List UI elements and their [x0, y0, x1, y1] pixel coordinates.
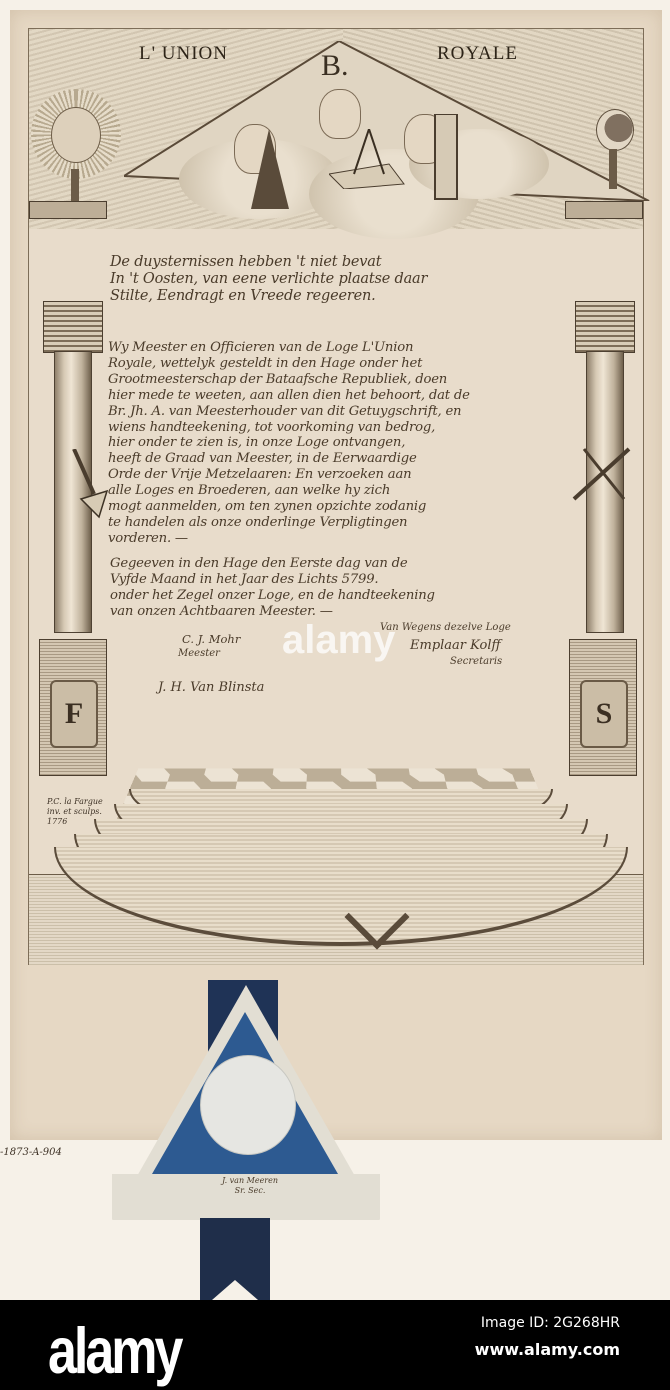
right-column-entablature — [565, 201, 643, 219]
pillar-letter-right: S — [580, 680, 628, 748]
trowel-icon — [69, 449, 109, 519]
signature-lodge-header: Van Wegens dezelve Loge — [380, 622, 511, 633]
left-column-entablature — [29, 201, 107, 219]
signature-master: C. J. Mohr — [182, 632, 240, 646]
signature-master-title: Meester — [178, 648, 220, 659]
pillar-letter-left: F — [50, 680, 98, 748]
ribbon-notch — [212, 1280, 258, 1300]
signature-secretary: Emplaar Kolff — [410, 638, 501, 653]
engraver-credit: P.C. la Fargue inv. et sculps. 1776 — [47, 797, 103, 827]
wax-seal-icon — [200, 1055, 296, 1155]
footer-logo: alamy — [48, 1314, 180, 1389]
signature-member: J. H. Van Blinsta — [158, 680, 264, 695]
body-text: Wy Meester en Officieren van de Loge L'U… — [108, 340, 588, 547]
moon-stand — [609, 149, 617, 189]
plumb-rule-icon — [429, 114, 465, 204]
watermark: alamy — [282, 618, 395, 663]
left-column-capital — [43, 301, 103, 353]
pediment-letter: B. — [321, 49, 349, 83]
compass-icon — [329, 129, 409, 189]
footer-url[interactable]: www.alamy.com — [475, 1340, 620, 1359]
left-pedestal: F — [39, 639, 107, 776]
motto-text: De duysternissen hebben 't niet bevat In… — [110, 254, 588, 305]
seal-signature: J. van Meeren Sr. Sec. — [195, 1176, 305, 1196]
level-tool-icon — [251, 129, 291, 219]
footer-image-id: Image ID: 2G268HR — [481, 1315, 620, 1331]
museum-inventory-number: -1873-A-904 — [0, 1147, 62, 1158]
right-pedestal: S — [569, 639, 637, 776]
sun-icon — [31, 89, 121, 179]
image-area: L' UNION ROYALE B. — [0, 0, 670, 1300]
signature-secretary-title: Secretaris — [450, 656, 502, 667]
closing-text: Gegeeven in den Hage den Eerste dag van … — [110, 556, 590, 620]
footer-bar: alamy Image ID: 2G268HR www.alamy.com — [0, 1300, 670, 1390]
moon-icon — [596, 109, 634, 151]
